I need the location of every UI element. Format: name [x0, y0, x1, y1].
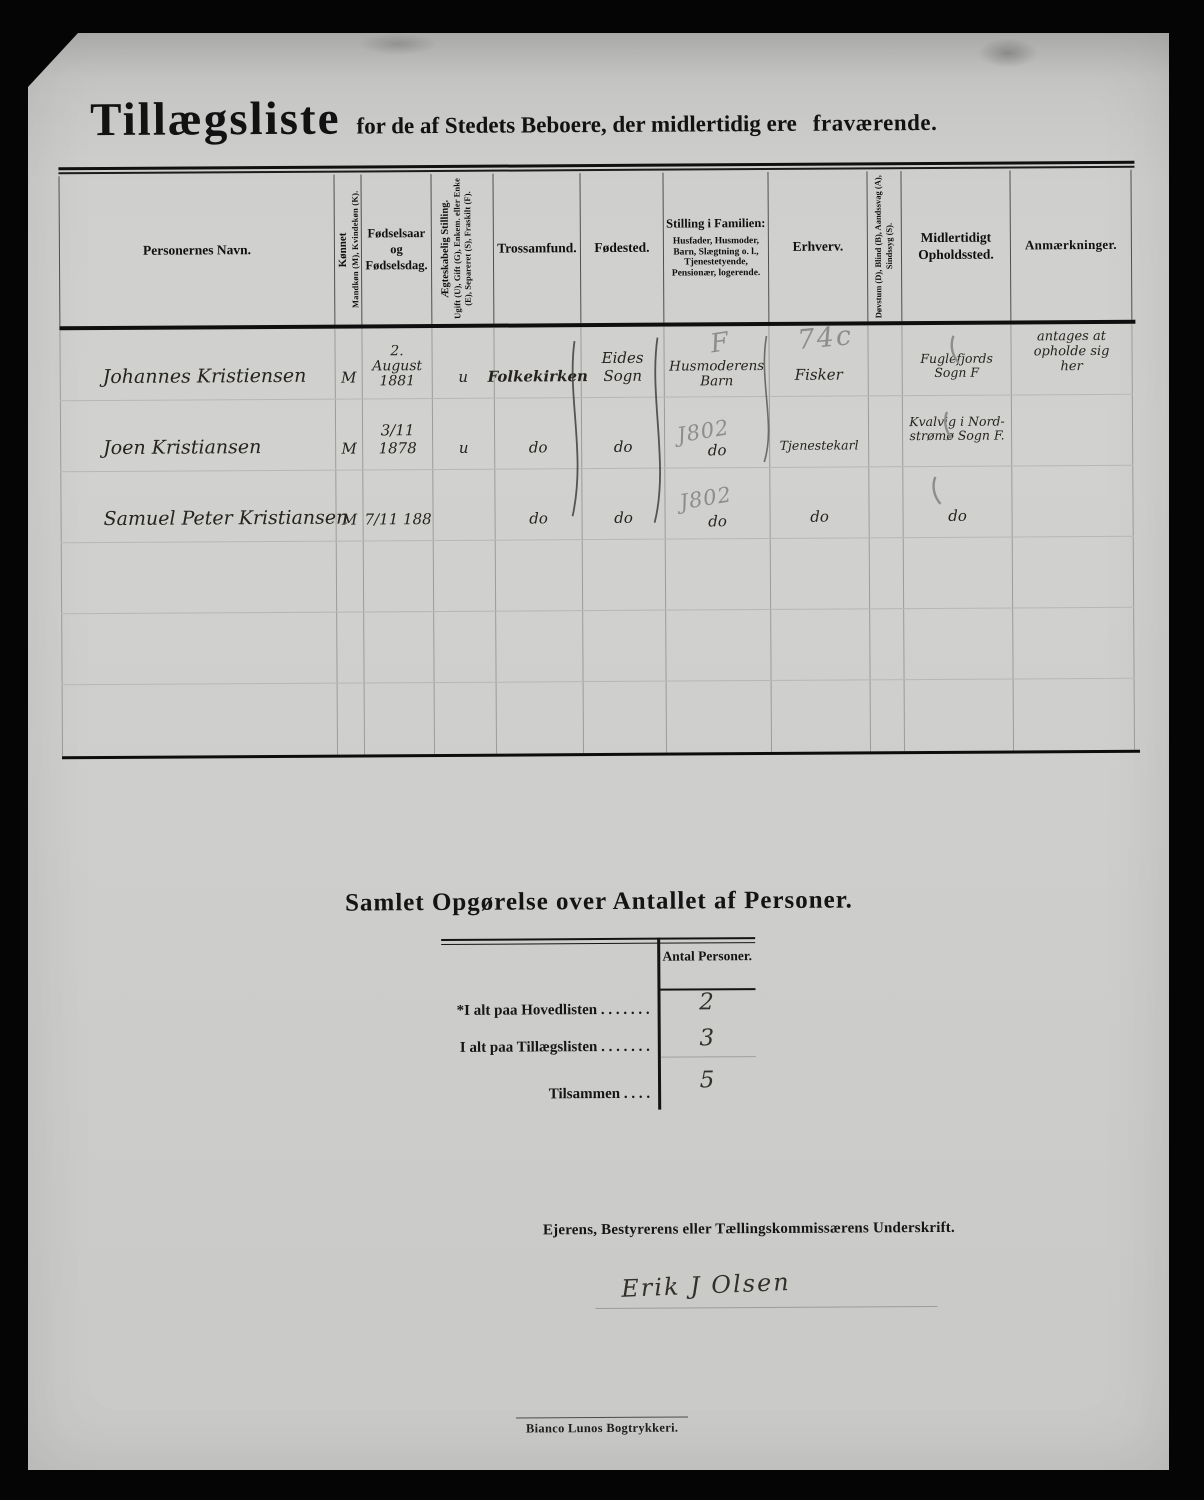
residence-entry: Fuglefjords Sogn F	[903, 351, 1011, 380]
family-position-entry: do	[708, 512, 727, 530]
sex-entry: M	[342, 510, 357, 528]
document-content: Tillægsliste for de af Stedets Beboere, …	[0, 0, 1204, 1500]
title-subtitle-emphasis: fraværende.	[813, 110, 938, 137]
residence-entry: Kvalvig i Nord- strømø Sogn F.	[903, 414, 1011, 443]
summary-vertical-rule	[657, 938, 661, 1110]
person-name: Samuel Peter Kristiansen	[104, 507, 349, 530]
family-position-entry: Husmoderens Barn	[663, 359, 770, 390]
column-header-disability: Døvstum (D), Blind (B), Aandssvag (A), S…	[867, 171, 902, 321]
column-header-occupation: Erhverv.	[768, 171, 868, 322]
table-row-empty	[61, 537, 1134, 615]
summary-row-value: 2	[662, 989, 750, 1016]
printer-divider-line	[516, 1416, 688, 1418]
residence-entry: do	[948, 507, 967, 525]
title-main: Tillægsliste	[90, 92, 341, 148]
summary-title: Samlet Opgørelse over Antallet af Person…	[299, 886, 899, 918]
summary-row-label: Tilsammen . . . .	[430, 1086, 650, 1104]
person-name: Joen Kristiansen	[103, 436, 261, 459]
column-header-birthplace: Fødested.	[580, 173, 664, 324]
family-position-entry: do	[708, 441, 727, 459]
faith-entry: Folkekirken	[488, 367, 588, 386]
table-row: Johannes Kristiensen M 2. August 1881 u …	[59, 324, 1132, 402]
person-name: Johannes Kristiensen	[103, 365, 307, 388]
summary-top-rule	[441, 937, 755, 945]
pencil-annotation: J802	[678, 482, 734, 514]
table-header-row: Personernes Navn. Kønnet Mandkøn (M), Kv…	[58, 170, 1132, 327]
signature-handwritten-name: Erik J Olsen	[621, 1268, 791, 1303]
column-header-temporary-residence: Midlertidigt Opholdssted.	[901, 170, 1011, 321]
faith-entry: do	[529, 509, 548, 527]
summary-row-label: I alt paa Tillægslisten . . . . . . .	[430, 1039, 650, 1057]
column-header-marital: Ægteskabelig Stilling. Ugift (U), Gift (…	[431, 174, 494, 324]
printer-imprint: Bianco Lunos Bogtrykkeri.	[476, 1420, 728, 1437]
document-title: Tillægsliste for de af Stedets Beboere, …	[90, 88, 938, 147]
faith-entry: do	[529, 438, 548, 456]
column-header-family-position: Stilling i Familien: Husfader, Husmoder,…	[663, 172, 769, 323]
title-subtitle: for de af Stedets Beboere, der midlertid…	[356, 111, 796, 140]
occupation-entry: Tjenestekarl	[776, 438, 863, 453]
summary-row-label: *I alt paa Hovedlisten . . . . . . .	[430, 1002, 650, 1020]
column-header-faith: Trossamfund.	[493, 173, 581, 324]
table-body: Johannes Kristiensen M 2. August 1881 u …	[59, 324, 1135, 757]
remarks-entry: antages at opholde sig her	[1011, 329, 1131, 375]
marital-entry: u	[458, 368, 468, 386]
summary-row-value: 3	[663, 1025, 751, 1052]
marital-entry: u	[459, 439, 469, 457]
birthdate-entry: 7/11 188	[364, 510, 431, 528]
column-header-remarks: Anmærkninger.	[1010, 170, 1132, 321]
signature-caption: Ejerens, Bestyrerens eller Tællingskommi…	[499, 1220, 999, 1240]
sex-entry: M	[341, 368, 356, 386]
table-row: Joen Kristiansen M 3/11 1878 u do do J80…	[60, 395, 1133, 473]
summary-subtotal-rule	[661, 1056, 756, 1058]
summary-column-header: Antal Personer.	[662, 947, 752, 965]
summary-row-value: 5	[663, 1067, 751, 1094]
column-header-birthdate: Fødselsaar og Fødselsdag.	[361, 174, 432, 324]
pencil-annotation: F	[708, 327, 730, 359]
scanned-census-page: Tillægsliste for de af Stedets Beboere, …	[0, 0, 1204, 1500]
column-header-sex: Kønnet Mandkøn (M), Kvindekøn (K).	[334, 174, 362, 324]
occupation-entry: do	[810, 508, 829, 526]
birthplace-entry: do	[614, 438, 633, 456]
birthplace-entry: do	[614, 509, 633, 527]
table-row: Samuel Peter Kristiansen M 7/11 188 do d…	[60, 466, 1133, 544]
table-row-empty	[61, 608, 1134, 686]
sex-entry: M	[341, 439, 356, 457]
column-header-name: Personernes Navn.	[58, 175, 335, 327]
birthplace-entry: Eides Sogn	[582, 349, 664, 386]
occupation-entry: Fisker	[795, 366, 843, 384]
signature-line	[595, 1306, 937, 1309]
table-row-empty	[62, 679, 1135, 757]
birthdate-entry: 2. August 1881	[363, 344, 432, 389]
birthdate-entry: 3/11 1878	[363, 421, 432, 457]
pencil-annotation: 74c	[796, 320, 854, 356]
